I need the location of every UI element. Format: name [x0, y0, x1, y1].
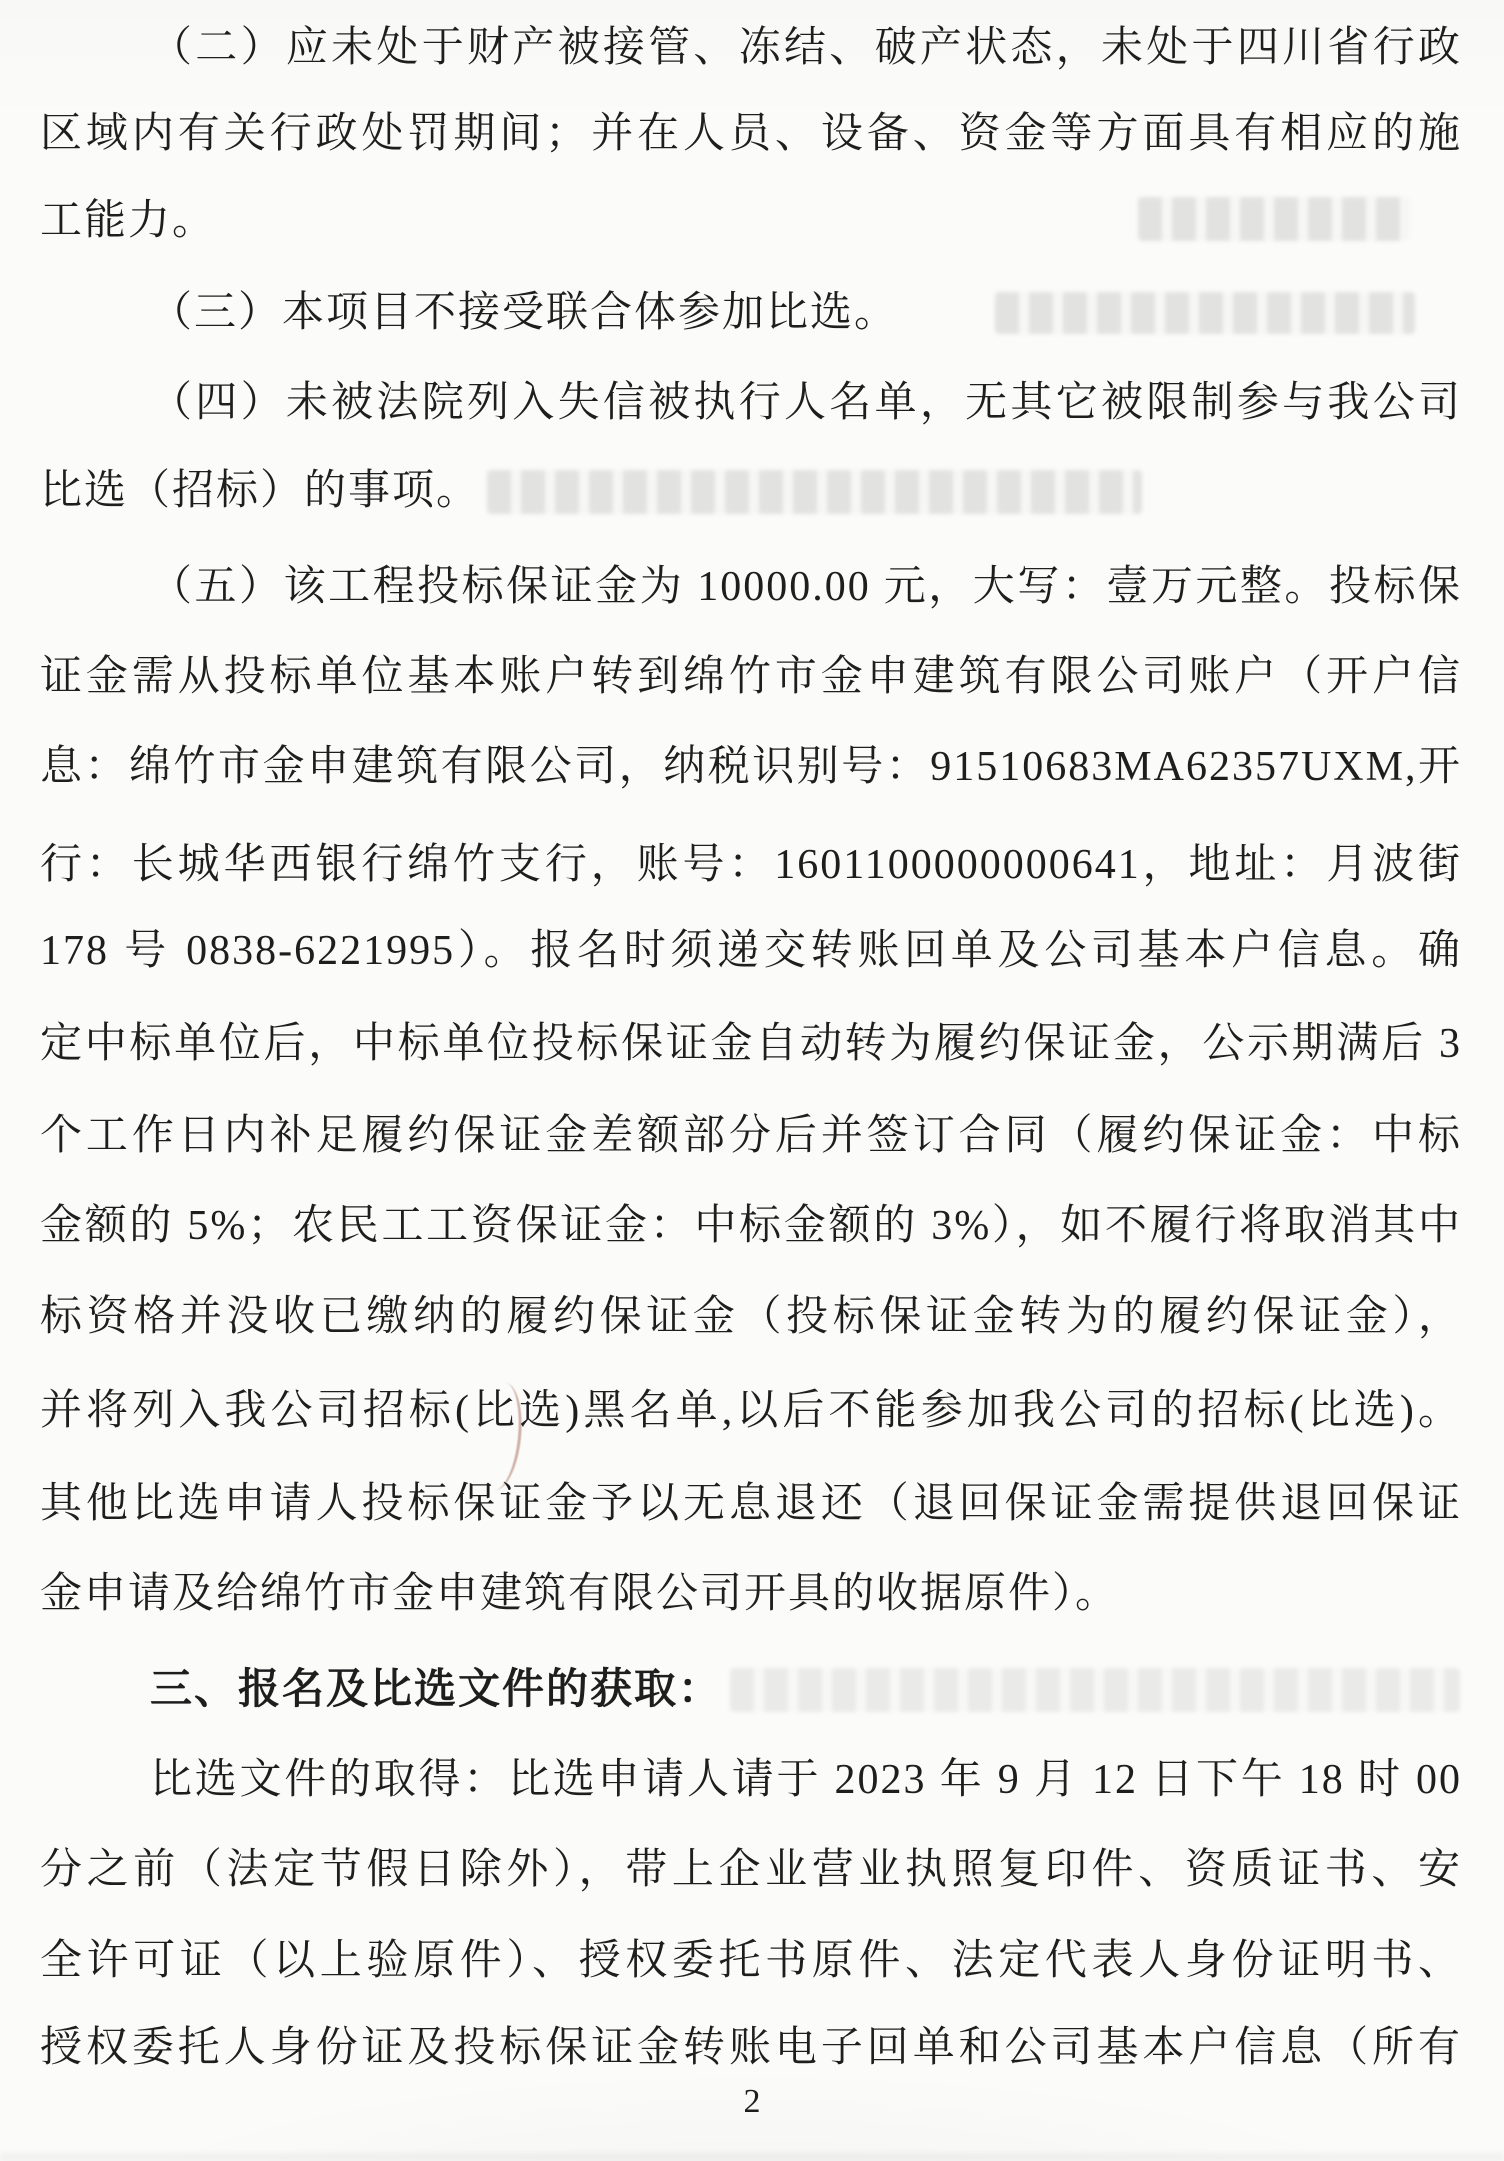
- document-line: 其他比选申请人投标保证金予以无息退还（退回保证金需提供退回保证: [40, 1479, 1462, 1531]
- document-line: （四）未被法院列入失信被执行人名单，无其它被限制参与我公司: [40, 378, 1462, 430]
- document-line: 证金需从投标单位基本账户转到绵竹市金申建筑有限公司账户（开户信: [40, 652, 1462, 704]
- bleed-through-mark: [487, 470, 1142, 514]
- bleed-through-mark: [730, 1668, 1460, 1712]
- page-number: 2: [0, 2082, 1504, 2122]
- document-line: 区域内有关行政处罚期间；并在人员、设备、资金等方面具有相应的施: [40, 109, 1462, 161]
- document-line: （二）应未处于财产被接管、冻结、破产状态，未处于四川省行政: [40, 23, 1462, 75]
- document-line: 并将列入我公司招标(比选)黑名单,以后不能参加我公司的招标(比选)。: [40, 1386, 1462, 1438]
- bleed-through-mark: [995, 292, 1415, 334]
- document-line: 金申请及给绵竹市金申建筑有限公司开具的收据原件）。: [40, 1569, 1462, 1621]
- document-line: （五）该工程投标保证金为 10000.00 元，大写：壹万元整。投标保: [40, 562, 1462, 614]
- document-line: 息：绵竹市金申建筑有限公司，纳税识别号：91510683MA62357UXM,开…: [40, 742, 1462, 794]
- document-line: 金额的 5%；农民工工资保证金：中标金额的 3%），如不履行将取消其中: [40, 1201, 1462, 1253]
- document-line: 分之前（法定节假日除外），带上企业营业执照复印件、资质证书、安: [40, 1845, 1462, 1897]
- document-line: 个工作日内补足履约保证金差额部分后并签订合同（履约保证金：中标: [40, 1111, 1462, 1163]
- scanned-document-page: （二）应未处于财产被接管、冻结、破产状态，未处于四川省行政 区域内有关行政处罚期…: [0, 0, 1504, 2161]
- document-line: 定中标单位后，中标单位投标保证金自动转为履约保证金，公示期满后 3: [40, 1019, 1462, 1071]
- document-line: 标资格并没收已缴纳的履约保证金（投标保证金转为的履约保证金），: [40, 1292, 1462, 1344]
- document-line: 178 号 0838-6221995）。报名时须递交转账回单及公司基本户信息。确: [40, 926, 1462, 978]
- scan-edge-shadow: [0, 2153, 1504, 2161]
- document-line: 比选文件的取得：比选申请人请于 2023 年 9 月 12 日下午 18 时 0…: [40, 1755, 1462, 1807]
- document-line: 全许可证（以上验原件）、授权委托书原件、法定代表人身份证明书、: [40, 1936, 1462, 1988]
- document-line: 行：长城华西银行绵竹支行，账号：1601100000000641，地址：月波街: [40, 840, 1462, 892]
- bleed-through-mark: [1138, 197, 1410, 241]
- document-line: 授权委托人身份证及投标保证金转账电子回单和公司基本户信息（所有: [40, 2023, 1462, 2075]
